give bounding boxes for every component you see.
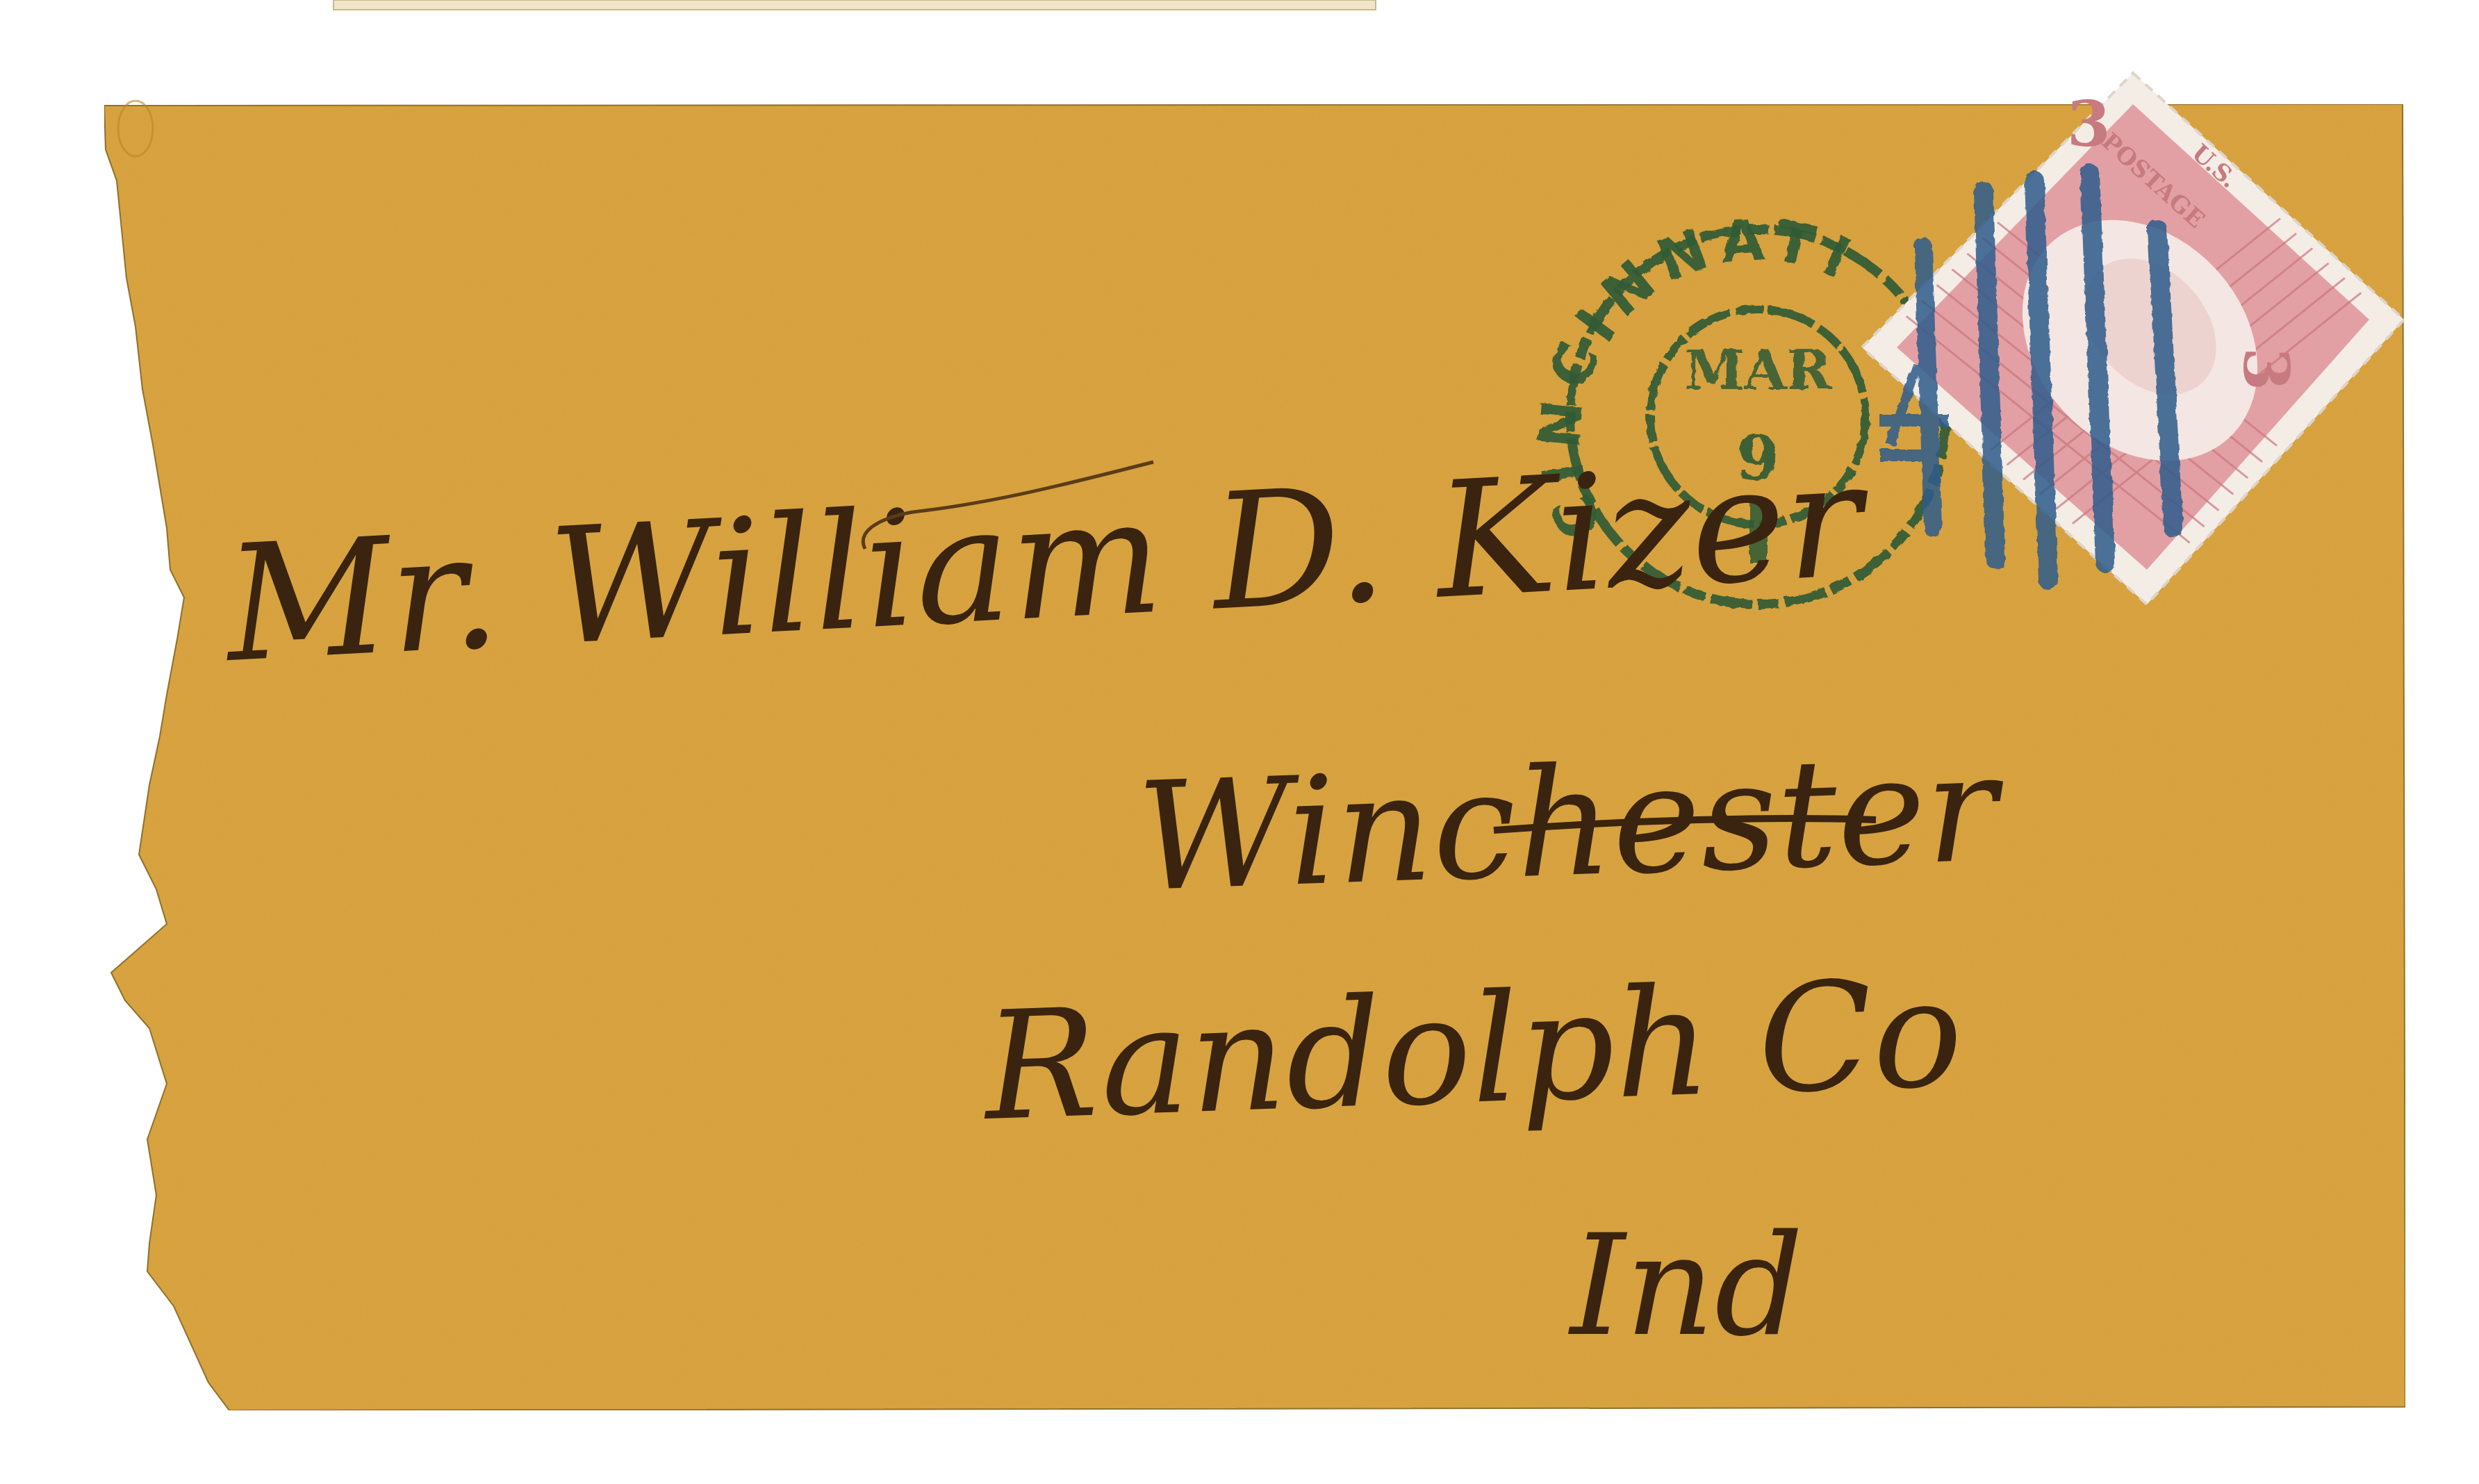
postmark-month: MAR [1684,339,1832,402]
address-line-county: Randolph Co [979,946,1966,1154]
envelope-scene: CINCINNATI MAR 9 [0,0,2479,1484]
paper-strip [333,0,1376,10]
stamp-denomination-right: 3 [2229,347,2303,391]
address-line-state: Ind [1567,1205,1804,1367]
